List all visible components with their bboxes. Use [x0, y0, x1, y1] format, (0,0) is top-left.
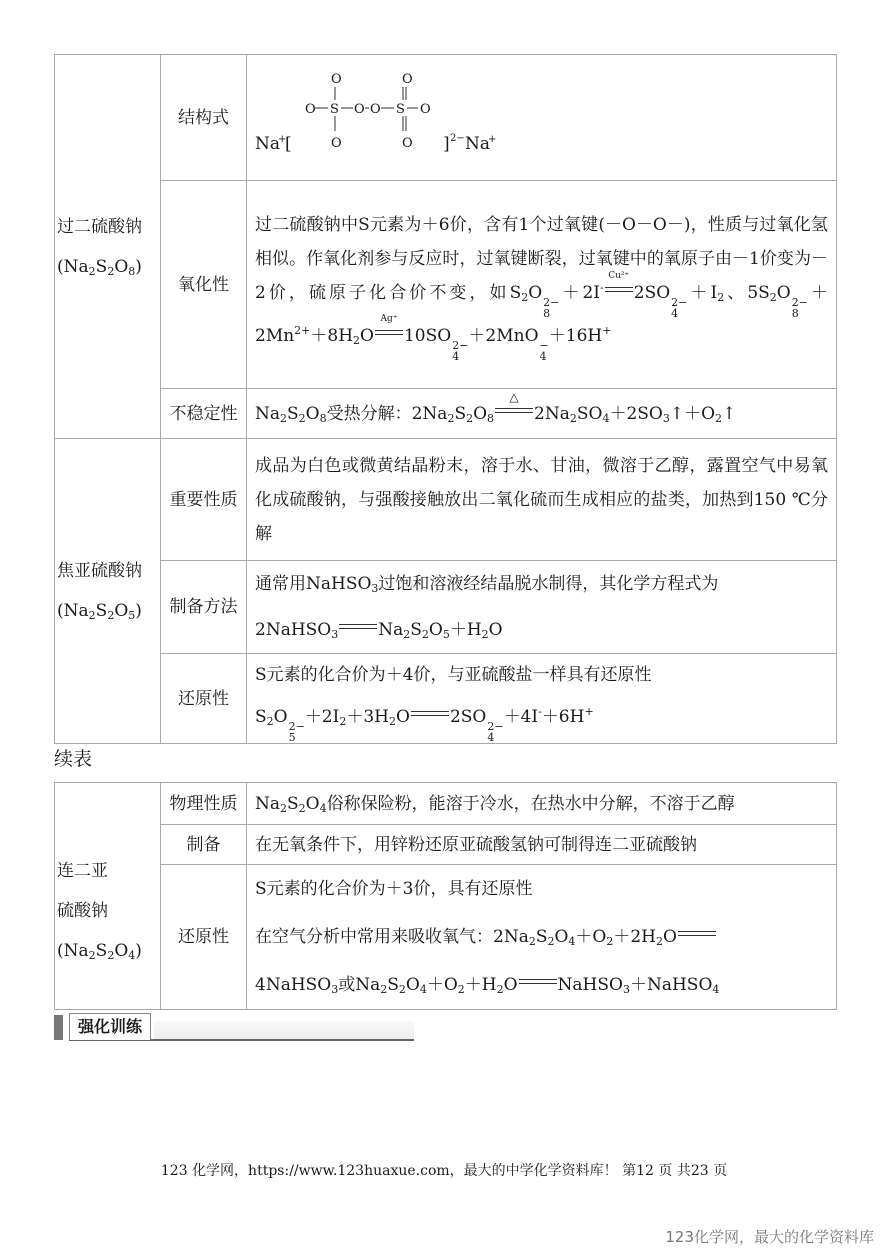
structural-formula: O O S O O S O O O	[255, 57, 828, 179]
table-row: 连二亚 硫酸钠 (Na2S2O4) 物理性质 Na2S2O4俗称保险粉，能溶于冷…	[55, 783, 837, 825]
svg-text:Na: Na	[465, 134, 490, 154]
reaction-equals-icon: Cu²⁺	[605, 285, 633, 295]
reaction-equals-icon: △	[495, 406, 533, 416]
property-label: 不稳定性	[161, 389, 247, 439]
property-label-text: 物理性质	[170, 794, 238, 814]
property-label-text: 重要性质	[170, 490, 238, 510]
structure-formula-cell: O O S O O S O O O	[247, 55, 837, 181]
reducing-intro: S元素的化合价为＋3价，具有还原性	[255, 874, 532, 904]
property-content: 通常用NaHSO3过饱和溶液经结晶脱水制得，其化学方程式为2NaHSO3Na2S…	[247, 561, 837, 654]
property-label-text: 还原性	[178, 927, 229, 947]
svg-text:]: ]	[443, 134, 450, 154]
svg-text:S: S	[330, 102, 339, 117]
reducing-text: 在空气分析中常用来吸收氧气：	[255, 927, 493, 947]
svg-text:O: O	[354, 102, 365, 117]
physical-properties-text: 俗称保险粉，能溶于冷水，在热水中分解，不溶于乙醇	[327, 794, 735, 814]
compound-table-continued: 连二亚 硫酸钠 (Na2S2O4) 物理性质 Na2S2O4俗称保险粉，能溶于冷…	[54, 782, 837, 1010]
svg-text:O: O	[402, 72, 413, 87]
table-row: 不稳定性 Na2S2O8受热分解：2Na2S2O8△2Na2SO4＋2SO3↑＋…	[55, 389, 837, 439]
compound-name: 焦亚硫酸钠	[57, 551, 160, 591]
svg-text:O: O	[305, 102, 316, 117]
property-label-text: 不稳定性	[170, 404, 238, 424]
reaction-equals-icon	[678, 929, 716, 939]
property-label-text: 氧化性	[178, 275, 229, 295]
reaction-equals-icon	[339, 622, 377, 632]
compound-name-cell: 过二硫酸钠 (Na2S2O8)	[55, 55, 161, 439]
property-label: 物理性质	[161, 783, 247, 825]
compound-name: 连二亚	[57, 851, 160, 891]
property-label: 还原性	[161, 654, 247, 744]
important-properties-text: 成品为白色或微黄结晶粉末，溶于水、甘油，微溶于乙醇，露置空气中易氧化成硫酸钠，与…	[255, 456, 828, 544]
reducing-intro: S元素的化合价为＋4价，与亚硫酸盐一样具有还原性	[255, 665, 651, 685]
property-label-text: 制备方法	[170, 597, 238, 617]
svg-text:O: O	[331, 72, 342, 87]
section-header: 强化训练	[54, 1013, 414, 1041]
svg-text:2−: 2−	[450, 133, 465, 144]
property-label-text: 结构式	[178, 108, 229, 128]
peroxydisulfate-structure-icon: O O S O O S O O O	[255, 57, 555, 179]
property-content: 过二硫酸钠中S元素为＋6价，含有1个过氧键(－O－O－)，性质与过氧化氢相似。作…	[247, 181, 837, 389]
table-row: 过二硫酸钠 (Na2S2O8) 结构式 O O S O O S	[55, 55, 837, 181]
property-label: 结构式	[161, 55, 247, 181]
decomposition-label: 受热分解：	[327, 404, 412, 424]
svg-text:O: O	[420, 102, 431, 117]
compound-formula: (Na2S2O5)	[57, 591, 160, 631]
compound-name: 硫酸钠	[57, 891, 160, 931]
or-text: 或	[338, 975, 355, 995]
condition-label: Cu²⁺	[605, 271, 633, 281]
oxidation-description: 过二硫酸钠中S元素为＋6价，含有1个过氧键(－O－O－)，性质与过氧化氢相似。作…	[255, 215, 828, 303]
continued-table-label: 续表	[54, 744, 92, 771]
table-row: 制备方法 通常用NaHSO3过饱和溶液经结晶脱水制得，其化学方程式为2NaHSO…	[55, 561, 837, 654]
compound-name-cell: 连二亚 硫酸钠 (Na2S2O4)	[55, 783, 161, 1010]
property-content: S元素的化合价为＋3价，具有还原性 在空气分析中常用来吸收氧气：2Na2S2O4…	[247, 865, 837, 1010]
svg-text:[: [	[285, 134, 292, 154]
table-row: 还原性 S元素的化合价为＋3价，具有还原性 在空气分析中常用来吸收氧气：2Na2…	[55, 865, 837, 1010]
property-label: 还原性	[161, 865, 247, 1010]
svg-text:S: S	[396, 102, 405, 117]
property-content: S元素的化合价为＋4价，与亚硫酸盐一样具有还原性S2O2−5＋2I2＋3H2O2…	[247, 654, 837, 744]
section-header-fill	[154, 1021, 414, 1039]
compound-name-cell: 焦亚硫酸钠 (Na2S2O5)	[55, 439, 161, 744]
reaction-equals-icon	[411, 709, 449, 719]
property-content: 成品为白色或微黄结晶粉末，溶于水、甘油，微溶于乙醇，露置空气中易氧化成硫酸钠，与…	[247, 439, 837, 561]
property-label: 制备方法	[161, 561, 247, 654]
prep-text: 通常用	[255, 574, 306, 594]
compound-formula: (Na2S2O4)	[57, 931, 160, 971]
reaction-equals-icon	[519, 977, 557, 987]
watermark: 123化学网，最大的化学资料库	[665, 1226, 874, 1247]
property-label-text: 还原性	[178, 689, 229, 709]
property-label: 氧化性	[161, 181, 247, 389]
svg-text:O: O	[370, 102, 381, 117]
svg-text:+: +	[488, 134, 496, 145]
property-content: 在无氧条件下，用锌粉还原亚硫酸氢钠可制得连二亚硫酸钠	[247, 825, 837, 865]
svg-text:O: O	[402, 136, 413, 151]
table-row: 焦亚硫酸钠 (Na2S2O5) 重要性质 成品为白色或微黄结晶粉末，溶于水、甘油…	[55, 439, 837, 561]
heat-condition-icon: △	[495, 392, 533, 402]
property-label: 重要性质	[161, 439, 247, 561]
condition-label: Ag⁺	[375, 314, 403, 324]
table-row: 氧化性 过二硫酸钠中S元素为＋6价，含有1个过氧键(－O－O－)，性质与过氧化氢…	[55, 181, 837, 389]
table-row: 还原性 S元素的化合价为＋4价，与亚硫酸盐一样具有还原性S2O2−5＋2I2＋3…	[55, 654, 837, 744]
table-row: 制备 在无氧条件下，用锌粉还原亚硫酸氢钠可制得连二亚硫酸钠	[55, 825, 837, 865]
property-content: Na2S2O4俗称保险粉，能溶于冷水，在热水中分解，不溶于乙醇	[247, 783, 837, 825]
property-label-text: 制备	[187, 835, 221, 855]
prep-text: 过饱和溶液经结晶脱水制得，其化学方程式为	[378, 574, 718, 594]
compound-formula: (Na2S2O8)	[57, 247, 160, 287]
property-label: 制备	[161, 825, 247, 865]
section-bar-icon	[54, 1015, 63, 1040]
property-content: Na2S2O8受热分解：2Na2S2O8△2Na2SO4＋2SO3↑＋O2↑	[247, 389, 837, 439]
compound-name: 过二硫酸钠	[57, 207, 160, 247]
compound-table: 过二硫酸钠 (Na2S2O8) 结构式 O O S O O S	[54, 54, 837, 744]
svg-text:O: O	[331, 136, 342, 151]
section-title: 强化训练	[69, 1013, 151, 1040]
prep-text: 在无氧条件下，用锌粉还原亚硫酸氢钠可制得连二亚硫酸钠	[255, 835, 697, 855]
reaction-equals-icon: Ag⁺	[375, 328, 403, 338]
page-footer: 123 化学网，https://www.123huaxue.com，最大的中学化…	[0, 1160, 888, 1180]
svg-text:Na: Na	[255, 134, 280, 154]
